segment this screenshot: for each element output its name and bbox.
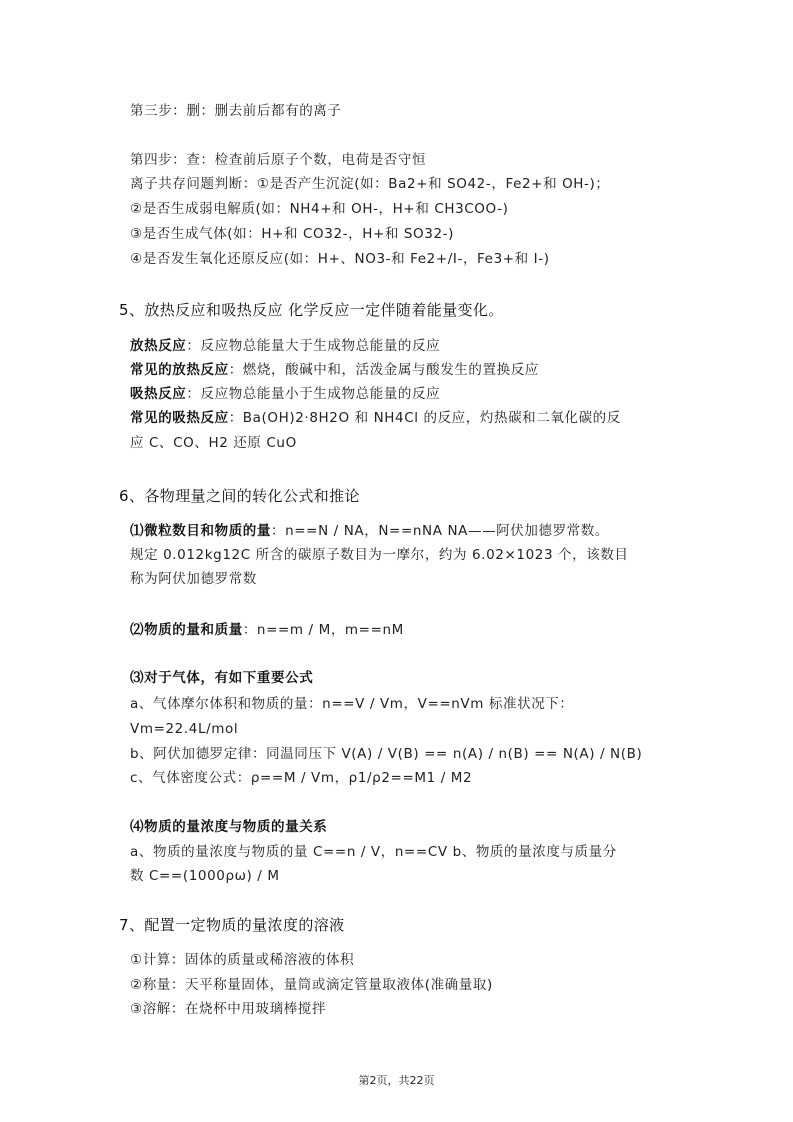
subsection-label: ⑴微粒数目和物质的量 bbox=[130, 523, 271, 539]
ion-coexist-item-2: ②是否生成弱电解质(如：NH4+和 OH-，H+和 CH3COO-) bbox=[130, 199, 508, 219]
avogadro-definition-line-1: 规定 0.012kg12C 所含的碳原子数目为一摩尔，约为 6.02×1023 … bbox=[130, 545, 629, 565]
page-number-footer: 第2页，共22页 bbox=[0, 1072, 793, 1088]
subsection-label: ⑷物质的量浓度与物质的量关系 bbox=[130, 819, 327, 835]
solution-step-3: ③溶解：在烧杯中用玻璃棒搅拌 bbox=[130, 999, 326, 1019]
term-label: 常见的放热反应 bbox=[130, 362, 229, 378]
subsection-label: ⑵物质的量和质量 bbox=[130, 622, 243, 638]
formula-text: ：n==N / NA，N==nNA NA——阿伏加德罗常数。 bbox=[271, 523, 609, 539]
concentration-formula-line-1: a、物质的量浓度与物质的量 C==n / V，n==CV b、物质的量浓度与质量… bbox=[130, 842, 617, 862]
term-text: ：反应物总能量小于生成物总能量的反应 bbox=[186, 386, 440, 402]
gas-molar-volume-value: Vm=22.4L/mol bbox=[130, 719, 238, 739]
concentration-heading: ⑷物质的量浓度与物质的量关系 bbox=[130, 817, 327, 837]
step-3-text: 第三步：删：删去前后都有的离子 bbox=[130, 101, 342, 121]
term-label: 放热反应 bbox=[130, 338, 186, 354]
ion-coexist-item-4: ④是否发生氧化还原反应(如：H+、NO3-和 Fe2+/I-，Fe3+和 I-) bbox=[130, 249, 550, 269]
avogadro-law: b、阿伏加德罗定律：同温同压下 V(A) / V(B) == n(A) / n(… bbox=[130, 744, 642, 764]
common-endothermic-continued: 应 C、CO、H2 还原 CuO bbox=[130, 433, 297, 453]
section-6-heading: 6、各物理量之间的转化公式和推论 bbox=[119, 485, 360, 507]
term-text: ：燃烧，酸碱中和，活泼金属与酸发生的置换反应 bbox=[229, 362, 539, 378]
term-text: ：反应物总能量大于生成物总能量的反应 bbox=[186, 338, 440, 354]
mass-formula: ⑵物质的量和质量：n==m / M，m==nM bbox=[130, 620, 404, 640]
ion-coexist-item-1: 离子共存问题判断：①是否产生沉淀(如：Ba2+和 SO42-，Fe2+和 OH-… bbox=[130, 174, 609, 194]
particle-count-formula: ⑴微粒数目和物质的量：n==N / NA，N==nNA NA——阿伏加德罗常数。 bbox=[130, 521, 609, 541]
solution-step-2: ②称量：天平称量固体，量筒或滴定管量取液体(准确量取) bbox=[130, 975, 493, 995]
term-text: ：Ba(OH)2·8H2O 和 NH4Cl 的反应，灼热碳和二氧化碳的反 bbox=[229, 410, 621, 426]
common-exothermic: 常见的放热反应：燃烧，酸碱中和，活泼金属与酸发生的置换反应 bbox=[130, 360, 539, 380]
section-5-heading: 5、放热反应和吸热反应 化学反应一定伴随着能量变化。 bbox=[119, 299, 504, 321]
gas-molar-volume: a、气体摩尔体积和物质的量：n==V / Vm，V==nVm 标准状况下： bbox=[130, 694, 574, 714]
section-7-heading: 7、配置一定物质的量浓度的溶液 bbox=[119, 914, 345, 936]
gas-formulas-heading: ⑶对于气体，有如下重要公式 bbox=[130, 668, 313, 688]
endothermic-definition: 吸热反应：反应物总能量小于生成物总能量的反应 bbox=[130, 384, 440, 404]
step-4-text: 第四步：查：检查前后原子个数，电荷是否守恒 bbox=[130, 150, 426, 170]
ion-coexist-item-3: ③是否生成气体(如：H+和 CO32-，H+和 SO32-) bbox=[130, 224, 454, 244]
term-label: 常见的吸热反应 bbox=[130, 410, 229, 426]
common-endothermic: 常见的吸热反应：Ba(OH)2·8H2O 和 NH4Cl 的反应，灼热碳和二氧化… bbox=[130, 408, 621, 428]
subsection-label: ⑶对于气体，有如下重要公式 bbox=[130, 670, 313, 686]
concentration-formula-line-2: 数 C==(1000ρω) / M bbox=[130, 866, 280, 886]
solution-step-1: ①计算：固体的质量或稀溶液的体积 bbox=[130, 950, 354, 970]
avogadro-definition-line-2: 称为阿伏加德罗常数 bbox=[130, 569, 257, 589]
term-label: 吸热反应 bbox=[130, 386, 186, 402]
gas-density-formula: c、气体密度公式：ρ==M / Vm，ρ1/ρ2==M1 / M2 bbox=[130, 768, 472, 788]
formula-text: ：n==m / M，m==nM bbox=[243, 622, 404, 638]
exothermic-definition: 放热反应：反应物总能量大于生成物总能量的反应 bbox=[130, 336, 440, 356]
